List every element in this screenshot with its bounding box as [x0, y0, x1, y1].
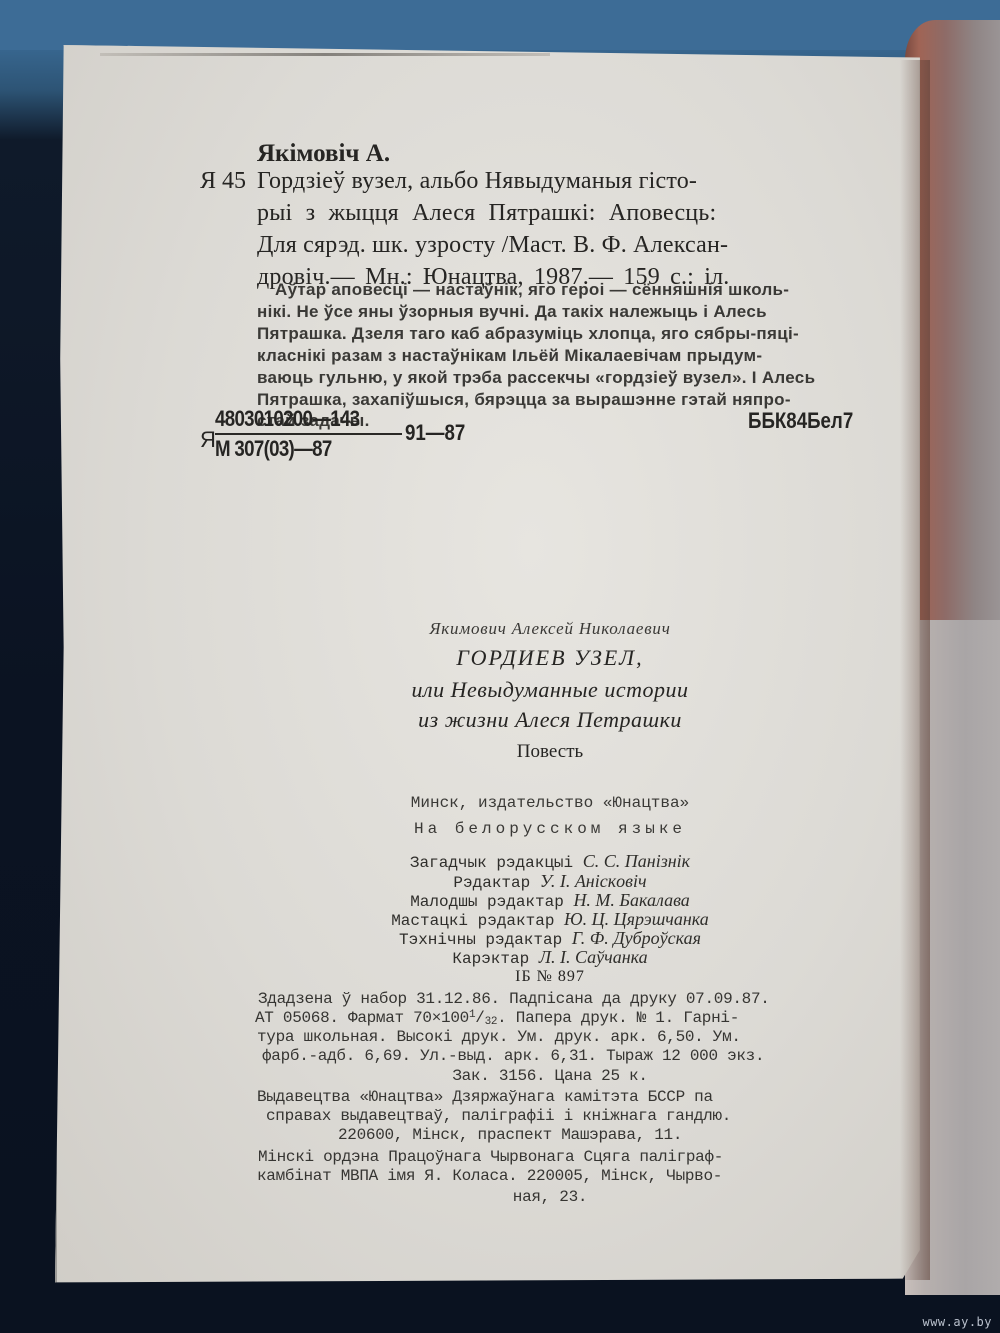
- catalog-author: Якімовіч А.: [257, 140, 390, 168]
- russian-author: Якимович Алексей Николаевич: [0, 619, 1000, 639]
- publisher-line-3: 220600, Мінск, праспект Машэрава, 11.: [338, 1126, 682, 1144]
- bib-line-1: Гордзіеў вузел, альбо Нявыдуманыя гісто-: [257, 168, 697, 195]
- page-top-stain: [100, 53, 550, 56]
- annotation-line-2: нікі. Не ўсе яны ўзорныя вучні. Да такіх…: [257, 302, 767, 322]
- annotation-line-4: класнікі разам з настаўнікам Ільёй Мікал…: [257, 346, 762, 366]
- staff-name: С. С. Панізнік: [583, 851, 690, 871]
- tech-line-3: тура школьная. Высокі друк. Ум. друк. ар…: [257, 1028, 741, 1046]
- annotation-line-3: Пятрашка. Дзеля таго каб абразуміць хлоп…: [257, 324, 799, 344]
- tech-line-1: Здадзена ў набор 31.12.86. Падпісана да …: [258, 990, 770, 1008]
- tech-line-2b: . Папера друк. № 1. Гарні-: [497, 1009, 739, 1027]
- staff-line: Карэктар Л. І. Саўчанка: [0, 947, 1000, 968]
- place-publisher: Минск, издательство «Юнацтва»: [0, 794, 1000, 812]
- staff-line: Малодшы рэдактар Н. М. Бакалава: [0, 890, 1000, 911]
- genre-label: Повесть: [0, 741, 1000, 763]
- tech-line-5: Зак. 3156. Цана 25 к.: [0, 1067, 1000, 1085]
- tech-line-2: АТ 05068. Фармат 70×1001/32. Папера друк…: [255, 1009, 739, 1028]
- code-fraction-rule: [215, 433, 402, 435]
- publisher-line-6: ная, 23.: [0, 1188, 1000, 1206]
- staff-name: Л. І. Саўчанка: [539, 947, 648, 967]
- bib-line-2: рыі з жыцця Алеся Пятрашкі: Аповесць:: [257, 200, 716, 227]
- code-prefix: Я: [200, 427, 216, 453]
- watermark: www.ay.by: [922, 1315, 992, 1329]
- format-fraction-den: 32: [485, 1016, 498, 1028]
- blue-background: [0, 0, 1000, 50]
- bib-line-3: Для сярэд. шк. узросту /Маст. В. Ф. Алек…: [257, 232, 728, 259]
- staff-role: Загадчык рэдакцыі: [410, 854, 573, 872]
- publisher-line-1: Выдавецтва «Юнацтва» Дзяржаўнага камітэт…: [257, 1088, 713, 1106]
- russian-subtitle-1: или Невыдуманные истории: [0, 677, 1000, 703]
- call-number: Я 45: [200, 168, 246, 195]
- language-note: На белорусском языке: [0, 820, 1000, 838]
- bbk-code: ББК84Бел7: [748, 408, 853, 434]
- tech-line-4: фарб.-адб. 6,69. Ул.-выд. арк. 6,31. Тыр…: [262, 1047, 764, 1065]
- staff-name: Н. М. Бакалава: [573, 890, 689, 910]
- annotation-line-5: ваюць гульню, у якой трэба рассекчы «гор…: [257, 368, 815, 388]
- staff-name: Ю. Ц. Цярэшчанка: [564, 909, 709, 929]
- russian-subtitle-2: из жизни Алеся Петрашки: [0, 707, 1000, 733]
- staff-line: Рэдактар У. І. Аніскoвіч: [0, 871, 1000, 892]
- publisher-line-2: справах выдавецтваў, паліграфіі і кніжна…: [266, 1107, 731, 1125]
- tech-line-2a: АТ 05068. Фармат 70×100: [255, 1009, 469, 1027]
- staff-line: Тэхнічны рэдактар Г. Ф. Дуброўская: [0, 928, 1000, 949]
- publisher-line-5: камбінат МВПА імя Я. Коласа. 220005, Мін…: [257, 1167, 722, 1185]
- code-numerator: 4803010200—143: [215, 406, 359, 432]
- code-denominator: М 307(03)—87: [215, 436, 332, 462]
- staff-name: Г. Ф. Дуброўская: [572, 928, 701, 948]
- ib-number: ІБ № 897: [0, 968, 1000, 986]
- staff-name: У. І. Аніскoвіч: [540, 871, 647, 891]
- russian-title: ГОРДИЕВ УЗЕЛ,: [0, 645, 1000, 671]
- publisher-line-4: Мінскі ордэна Працоўнага Чырвонага Сцяга…: [258, 1148, 723, 1166]
- staff-line: Мастацкі рэдактар Ю. Ц. Цярэшчанка: [0, 909, 1000, 930]
- annotation-line-1: Аўтар аповесці — настаўнік, яго героі — …: [275, 280, 789, 300]
- code-suffix: 91—87: [405, 420, 465, 446]
- staff-role: Карэктар: [452, 950, 529, 968]
- staff-line: Загадчык рэдакцыі С. С. Панізнік: [0, 851, 1000, 872]
- format-fraction-num: 1: [469, 1009, 475, 1021]
